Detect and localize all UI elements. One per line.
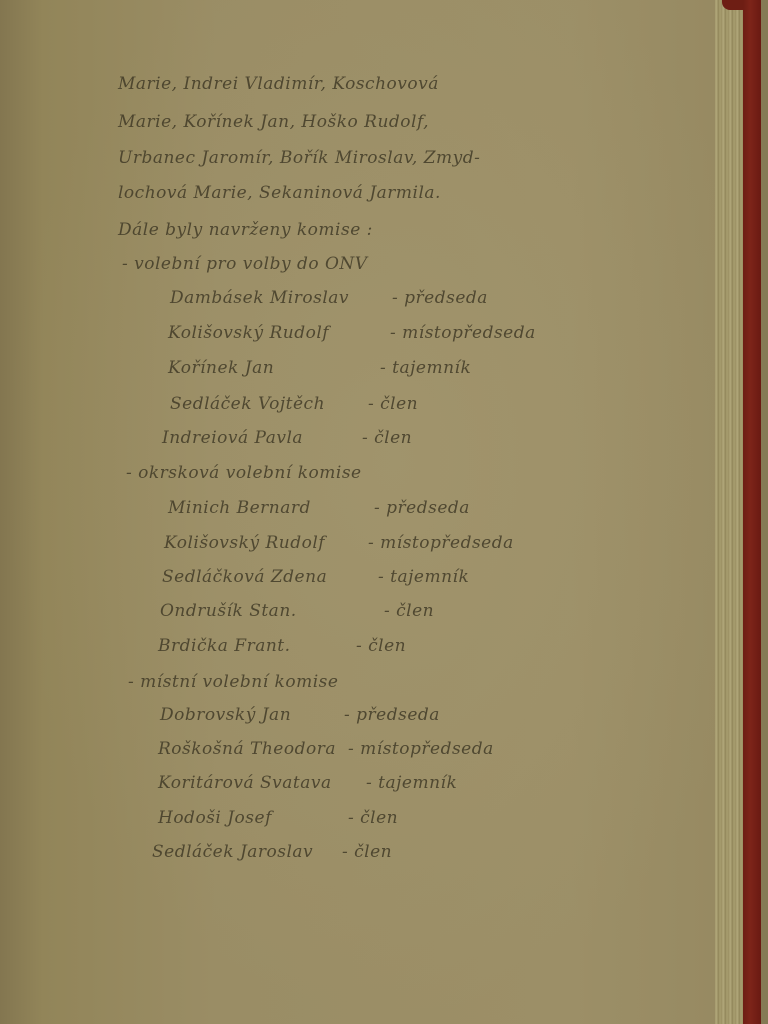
member-name: Kolišovský Rudolf — [164, 533, 325, 553]
member-name: Kořínek Jan — [168, 358, 274, 378]
member-name: Dobrovský Jan — [160, 705, 291, 725]
red-book-cover — [743, 0, 761, 1024]
member-row: Sedláček Vojtěch - člen — [170, 394, 325, 414]
member-name: Dambásek Miroslav — [170, 288, 349, 308]
member-name: Brdička Frant. — [158, 636, 291, 656]
member-role: - člen — [348, 808, 398, 828]
member-name: Kolišovský Rudolf — [168, 323, 329, 343]
member-row: Brdička Frant. - člen — [158, 636, 291, 656]
member-row: Minich Bernard - předseda — [168, 498, 311, 518]
member-role: - člen — [368, 394, 418, 414]
section-title: - okrsková volební komise — [126, 463, 362, 483]
member-name: Hodoši Josef — [158, 808, 272, 828]
member-role: - tajemník — [366, 773, 457, 793]
handwritten-text: Marie, Indrei Vladimír, Koschovová Marie… — [0, 0, 715, 1024]
member-name: Roškošná Theodora — [158, 739, 336, 759]
intro-line: Urbanec Jaromír, Bořík Miroslav, Zmyd- — [118, 148, 480, 168]
member-role: - člen — [356, 636, 406, 656]
section-title: - volební pro volby do ONV — [122, 254, 368, 274]
member-name: Sedláčková Zdena — [162, 567, 327, 587]
member-role: - člen — [362, 428, 412, 448]
member-row: Kolišovský Rudolf - místopředseda — [168, 323, 329, 343]
member-name: Indreiová Pavla — [162, 428, 303, 448]
member-row: Kolišovský Rudolf - místopředseda — [164, 533, 325, 553]
member-row: Koritárová Svatava - tajemník — [158, 773, 332, 793]
member-role: - člen — [342, 842, 392, 862]
member-role: - tajemník — [380, 358, 471, 378]
member-row: Kořínek Jan - tajemník — [168, 358, 274, 378]
member-role: - místopředseda — [348, 739, 494, 759]
section-title: - místní volební komise — [128, 672, 338, 692]
member-role: - člen — [384, 601, 434, 621]
member-name: Sedláček Jaroslav — [152, 842, 313, 862]
member-row: Sedláček Jaroslav - člen — [152, 842, 313, 862]
page-edges — [715, 0, 743, 1024]
member-row: Dambásek Miroslav - předseda — [170, 288, 349, 308]
member-row: Hodoši Josef - člen — [158, 808, 272, 828]
member-name: Sedláček Vojtěch — [170, 394, 325, 414]
member-row: Indreiová Pavla - člen — [162, 428, 303, 448]
intro-line: lochová Marie, Sekaninová Jarmila. — [118, 183, 441, 203]
member-name: Koritárová Svatava — [158, 773, 332, 793]
member-role: - předseda — [392, 288, 488, 308]
member-row: Sedláčková Zdena - tajemník — [162, 567, 327, 587]
member-row: Roškošná Theodora - místopředseda — [158, 739, 336, 759]
member-role: - tajemník — [378, 567, 469, 587]
member-row: Dobrovský Jan - předseda — [160, 705, 291, 725]
member-name: Minich Bernard — [168, 498, 311, 518]
member-role: - místopředseda — [390, 323, 536, 343]
member-role: - předseda — [344, 705, 440, 725]
member-row: Ondrušík Stan. - člen — [160, 601, 297, 621]
intro-line: Marie, Indrei Vladimír, Koschovová — [118, 74, 439, 94]
book-photo: Marie, Indrei Vladimír, Koschovová Marie… — [0, 0, 768, 1024]
member-role: - místopředseda — [368, 533, 514, 553]
member-role: - předseda — [374, 498, 470, 518]
intro-line: Marie, Kořínek Jan, Hoško Rudolf, — [118, 112, 429, 132]
background — [761, 0, 768, 1024]
heading: Dále byly navrženy komise : — [118, 220, 373, 240]
member-name: Ondrušík Stan. — [160, 601, 297, 621]
